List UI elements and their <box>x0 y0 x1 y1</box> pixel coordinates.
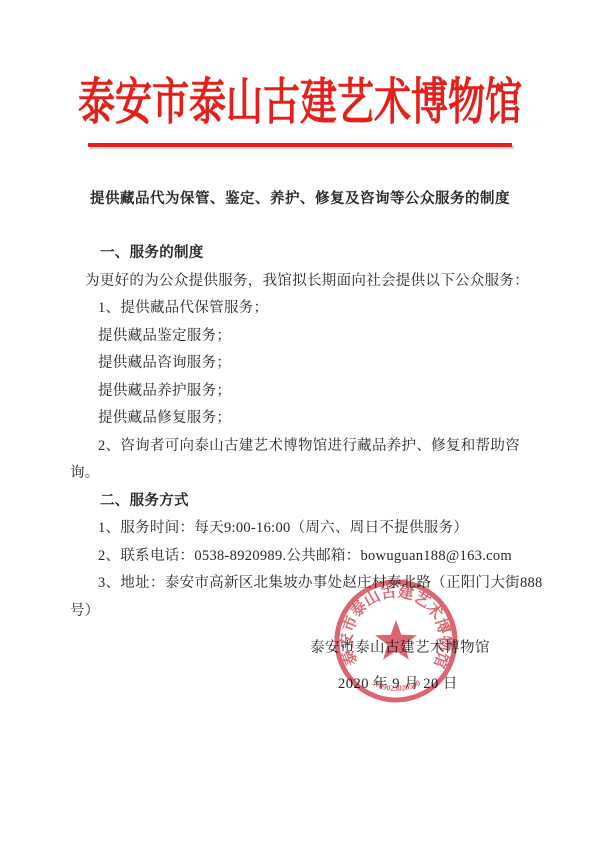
intro-line: 为更好的为公众提供服务，我馆拟长期面向社会提供以下公众服务： <box>70 268 548 296</box>
address-line: 3、地址：泰安市高新区北集坡办事处赵庄村泰北路（正阳门大街888号） <box>70 570 548 625</box>
service-item: 提供藏品鉴定服务； <box>70 323 548 351</box>
signature-organization: 泰安市泰山古建艺术博物馆 <box>310 636 490 657</box>
service-item: 提供藏品修复服务； <box>70 405 548 433</box>
section-heading-1: 一、服务的制度 <box>70 240 548 268</box>
service-item: 提供藏品养护服务； <box>70 378 548 406</box>
service-item: 提供藏品咨询服务； <box>70 350 548 378</box>
service-item: 2、咨询者可向泰山古建艺术博物馆进行藏品养护、修复和帮助咨询。 <box>70 433 548 488</box>
title-underline <box>88 143 512 147</box>
section-heading-2: 二、服务方式 <box>70 488 548 516</box>
document-subtitle: 提供藏品代为保管、鉴定、养护、修复及咨询等公众服务的制度 <box>0 187 600 208</box>
signature-date: 2020 年 9 月 20 日 <box>338 672 458 693</box>
service-item: 1、提供藏品代保管服务； <box>70 295 548 323</box>
document-body: 一、服务的制度 为更好的为公众提供服务，我馆拟长期面向社会提供以下公众服务： 1… <box>70 240 548 625</box>
document-page: 泰安市泰山古建艺术博物馆 提供藏品代为保管、鉴定、养护、修复及咨询等公众服务的制… <box>0 0 600 848</box>
contact-line: 2、联系电话：0538-8920989.公共邮箱：bowuguan188@163… <box>70 543 548 571</box>
service-hours: 1、服务时间：每天9:00-16:00（周六、周日不提供服务） <box>70 515 548 543</box>
page-title: 泰安市泰山古建艺术博物馆 <box>78 74 522 130</box>
